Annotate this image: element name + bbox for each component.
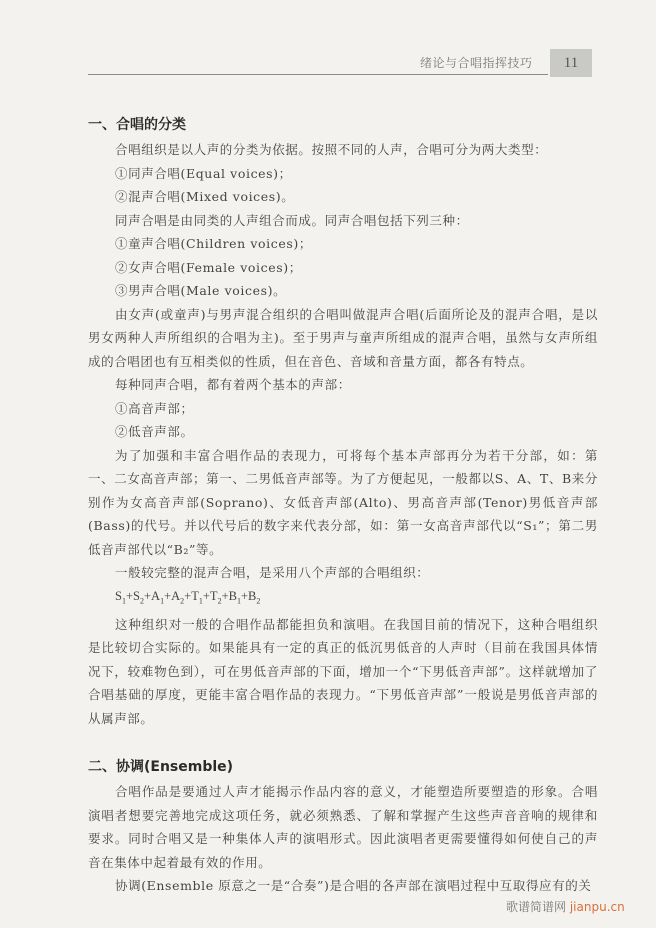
page-header: 绪论与合唱指挥技巧 11 <box>0 0 656 90</box>
page-number-text: 11 <box>564 55 578 72</box>
paragraph-intro: 合唱组织是以人声的分类为依据。按照不同的人声，合唱可分为两大类型： <box>88 138 598 162</box>
watermark-en: jianpu.cn <box>570 900 625 914</box>
paragraph-ensemble-2: 协调(Ensemble 原意之一是“合奏”)是合唱的各声部在演唱过程中互取得应有… <box>88 874 598 898</box>
voice-formula: S1+S2+A1+A2+T1+T2+B1+B2 <box>88 585 598 613</box>
paragraph-equal-voices: 同声合唱是由同类的人声组合而成。同声合唱包括下列三种： <box>88 209 598 233</box>
running-title: 绪论与合唱指挥技巧 <box>420 54 533 71</box>
formula-term: B2 <box>248 589 260 603</box>
formula-term: A2 <box>171 589 184 603</box>
paragraph-subdivision: 为了加强和丰富合唱作品的表现力，可将每个基本声部再分为若干分部，如：第一、二女高… <box>88 444 598 562</box>
watermark-cn: 歌谱简谱网 <box>506 900 566 914</box>
section-heading-classification: 一、合唱的分类 <box>88 112 598 138</box>
formula-term: T2 <box>210 589 222 603</box>
page-number: 11 <box>550 49 592 77</box>
paragraph-parts-intro: 每种同声合唱，都有着两个基本的声部： <box>88 373 598 397</box>
section-spacer <box>88 730 598 754</box>
list-item: ②低音声部。 <box>88 420 598 444</box>
list-item: ②女声合唱(Female voices)； <box>88 256 598 280</box>
header-rule <box>88 74 548 75</box>
paragraph-eight-parts: 一般较完整的混声合唱，是采用八个声部的合唱组织： <box>88 561 598 585</box>
site-watermark: 歌谱简谱网 jianpu.cn <box>506 898 625 915</box>
list-item: ①高音声部； <box>88 397 598 421</box>
formula-term: S2 <box>133 589 144 603</box>
formula-term: A1 <box>151 589 164 603</box>
formula-term: T1 <box>191 589 203 603</box>
formula-term: S1 <box>115 589 126 603</box>
paragraph-mixed-voices: 由女声(或童声)与男声混合组织的合唱叫做混声合唱(后面所论及的混声合唱，是以男女… <box>88 303 598 374</box>
paragraph-ensemble-1: 合唱作品是要通过人声才能揭示作品内容的意义，才能塑造所要塑造的形象。合唱演唱者想… <box>88 780 598 874</box>
list-item: ①童声合唱(Children voices)； <box>88 232 598 256</box>
formula-term: B1 <box>229 589 241 603</box>
list-item: ①同声合唱(Equal voices)； <box>88 162 598 186</box>
list-item: ③男声合唱(Male voices)。 <box>88 279 598 303</box>
paragraph-organization: 这种组织对一般的合唱作品都能担负和演唱。在我国目前的情况下，这种合唱组织是比较切… <box>88 613 598 731</box>
section-heading-ensemble: 二、协调(Ensemble) <box>88 754 598 780</box>
list-item: ②混声合唱(Mixed voices)。 <box>88 185 598 209</box>
page-body: 一、合唱的分类 合唱组织是以人声的分类为依据。按照不同的人声，合唱可分为两大类型… <box>88 112 598 898</box>
